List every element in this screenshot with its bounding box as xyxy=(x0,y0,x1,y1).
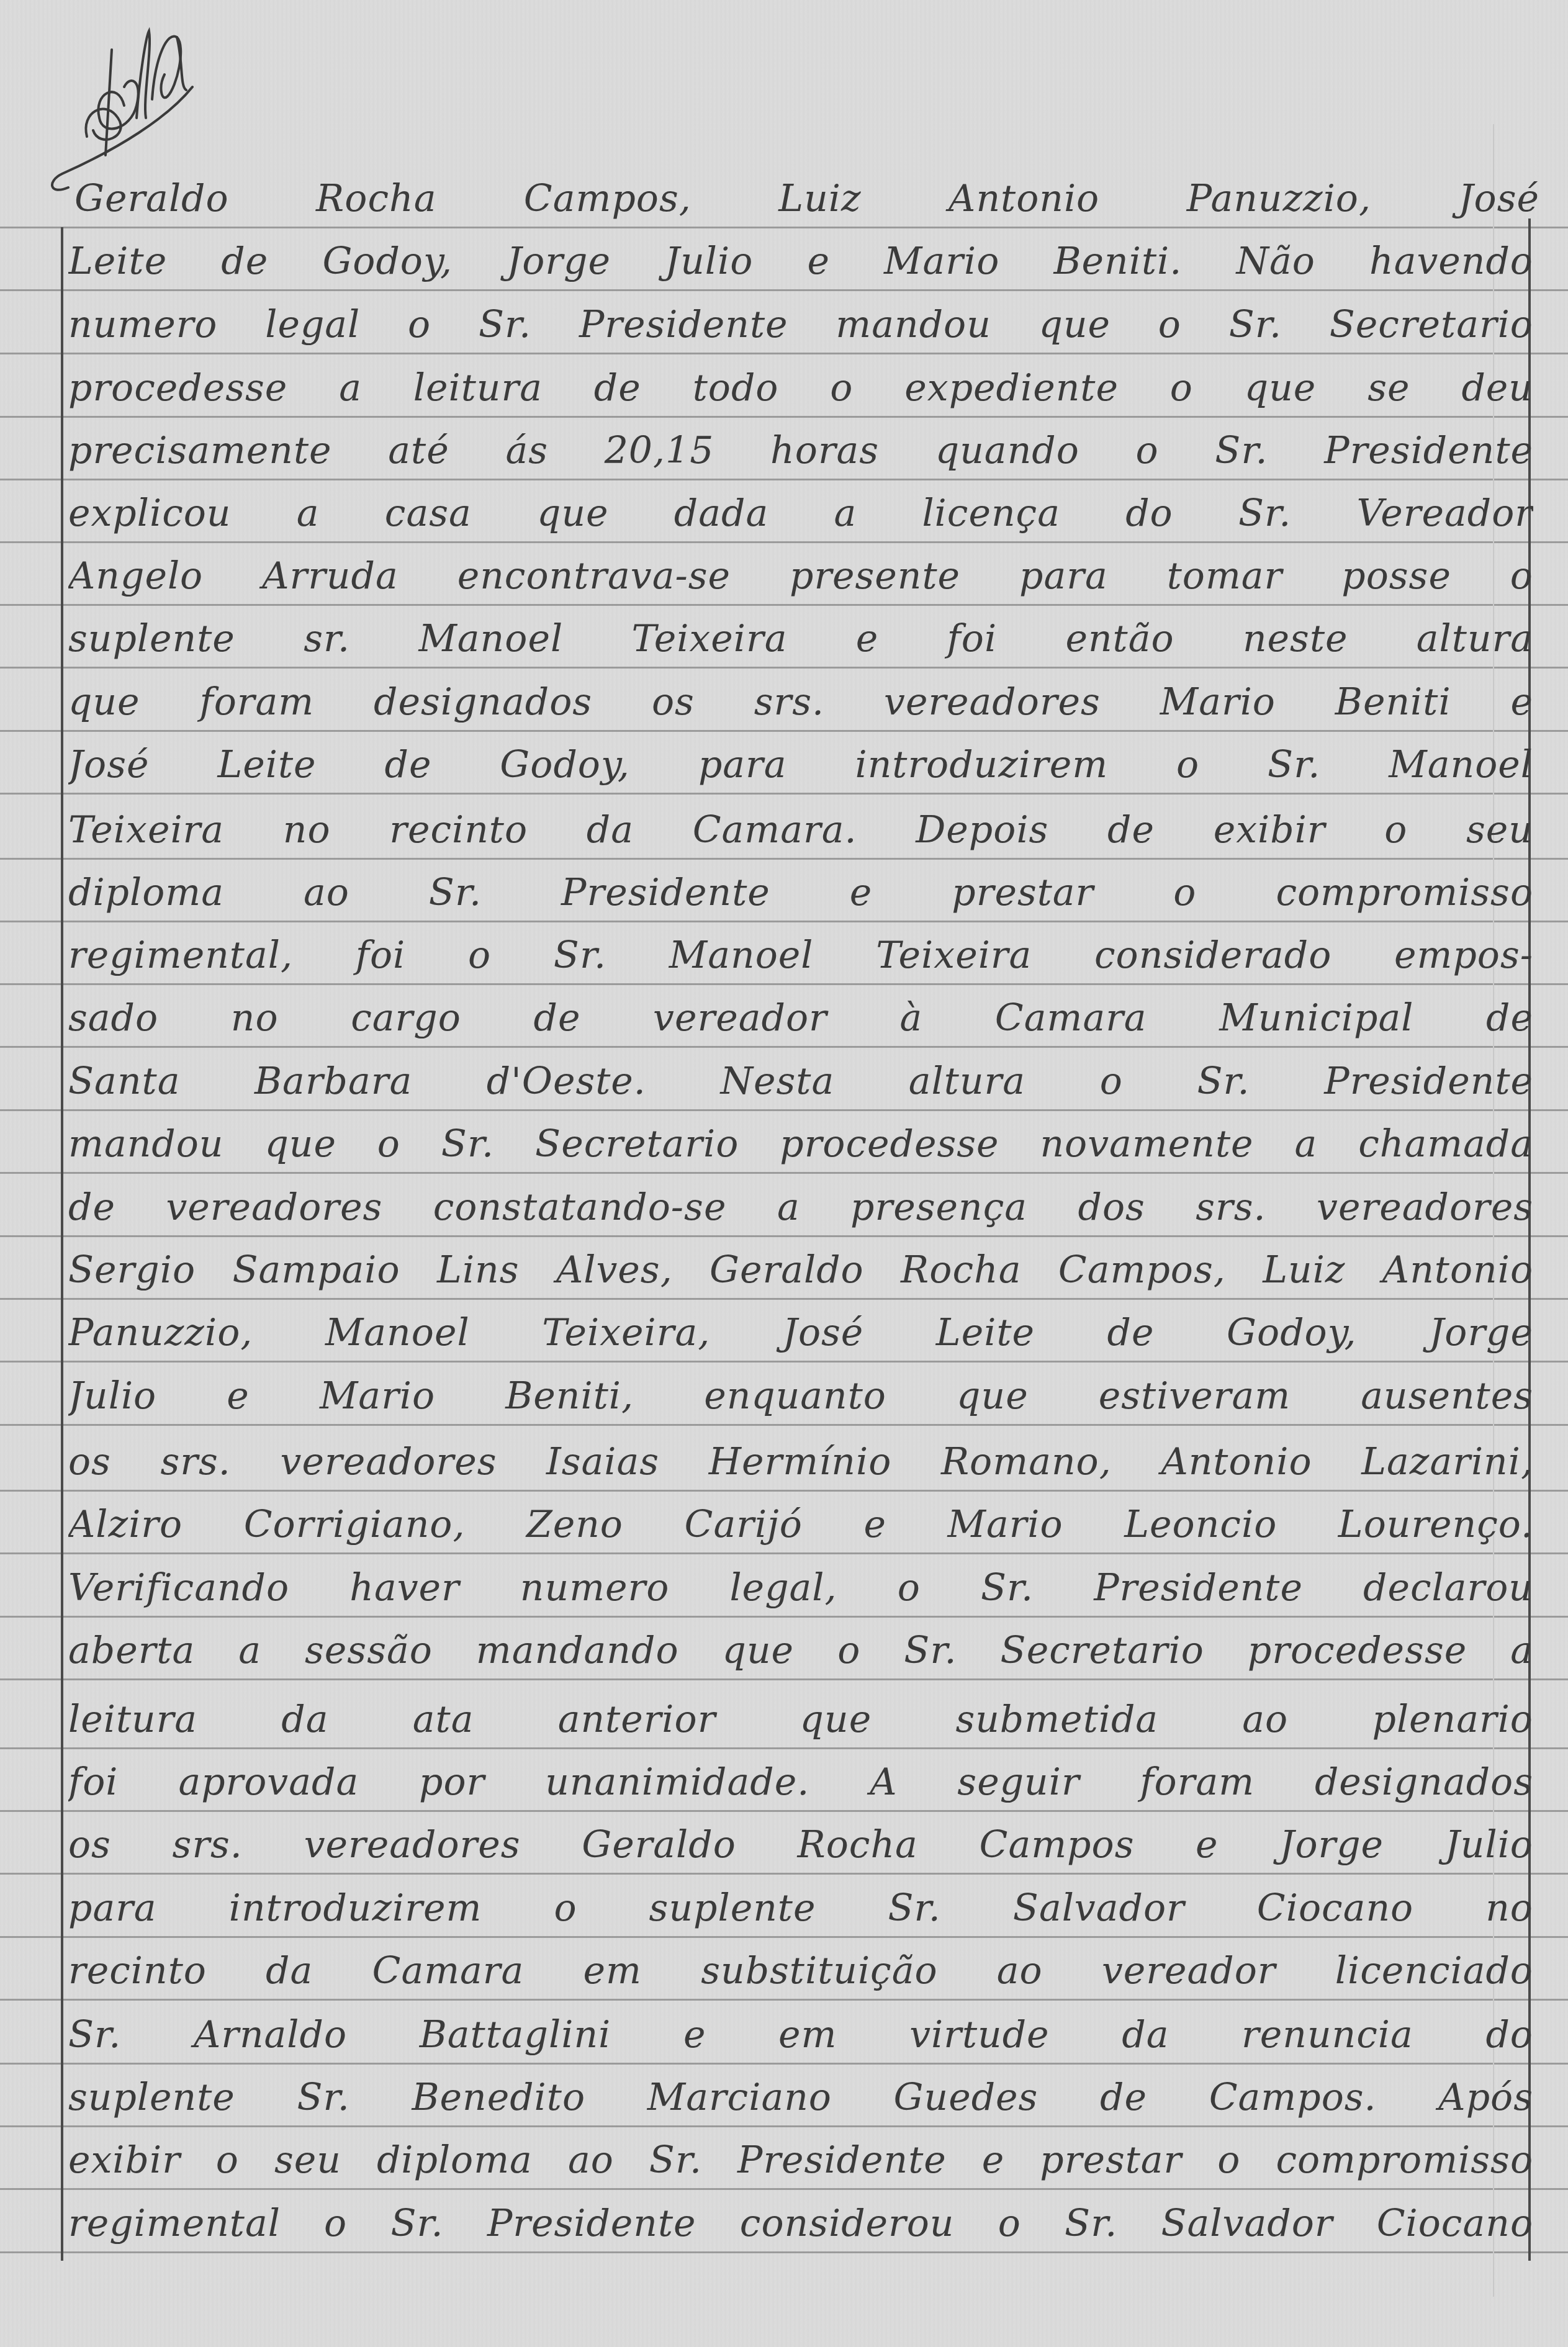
text-line-30: Sr. Arnaldo Battaglini e em virtude da r… xyxy=(68,2004,1533,2066)
text-line-26: foi aprovada por unanimidade. A seguir f… xyxy=(68,1751,1533,1813)
text-line-27: os srs. vereadores Geraldo Rocha Campos … xyxy=(68,1814,1533,1876)
text-line-15: Santa Barbara d'Oeste. Nesta altura o Sr… xyxy=(68,1050,1533,1112)
text-line-18: Sergio Sampaio Lins Alves, Geraldo Rocha… xyxy=(68,1239,1533,1301)
left-margin-line xyxy=(61,227,63,2261)
text-line-1: Geraldo Rocha Campos, Luiz Antonio Panuz… xyxy=(74,168,1539,230)
text-line-6: explicou a casa que dada a licença do Sr… xyxy=(68,482,1533,544)
text-line-11: Teixeira no recinto da Camara. Depois de… xyxy=(68,799,1533,861)
text-line-4: procedesse a leitura de todo o expedient… xyxy=(68,357,1533,419)
text-line-29: recinto da Camara em substituição ao ver… xyxy=(68,1940,1533,2002)
text-line-17: de vereadores constatando-se a presença … xyxy=(68,1176,1533,1238)
text-line-2: Leite de Godoy, Jorge Julio e Mario Beni… xyxy=(68,230,1533,292)
text-line-19: Panuzzio, Manoel Teixeira, José Leite de… xyxy=(68,1302,1533,1364)
text-line-20: Julio e Mario Beniti, enquanto que estiv… xyxy=(68,1365,1533,1427)
text-line-12: diploma ao Sr. Presidente e prestar o co… xyxy=(68,862,1533,924)
text-line-10: José Leite de Godoy, para introduzirem o… xyxy=(68,734,1533,796)
text-line-16: mandou que o Sr. Secretario procedesse n… xyxy=(68,1113,1533,1175)
text-line-22: Alziro Corrigiano, Zeno Carijó e Mario L… xyxy=(68,1493,1533,1556)
text-line-5: precisamente até ás 20,15 horas quando o… xyxy=(68,420,1533,482)
text-line-21: os srs. vereadores Isaias Hermínio Roman… xyxy=(68,1431,1533,1493)
text-line-13: regimental, foi o Sr. Manoel Teixeira co… xyxy=(68,924,1533,986)
text-line-33: regimental o Sr. Presidente considerou o… xyxy=(68,2192,1533,2255)
text-line-25: leitura da ata anterior que submetida ao… xyxy=(68,1688,1533,1750)
text-line-23: Verificando haver numero legal, o Sr. Pr… xyxy=(68,1557,1533,1619)
manuscript-page: Geraldo Rocha Campos, Luiz Antonio Panuz… xyxy=(0,0,1568,2347)
text-line-7: Angelo Arruda encontrava-se presente par… xyxy=(68,545,1533,607)
text-line-8: suplente sr. Manoel Teixeira e foi então… xyxy=(68,608,1533,670)
text-line-28: para introduzirem o suplente Sr. Salvado… xyxy=(68,1877,1533,1939)
text-line-32: exibir o seu diploma ao Sr. Presidente e… xyxy=(68,2129,1533,2191)
text-line-24: aberta a sessão mandando que o Sr. Secre… xyxy=(68,1619,1533,1682)
text-line-14: sado no cargo de vereador à Camara Munic… xyxy=(68,987,1533,1049)
rubric-signature-icon xyxy=(43,12,211,192)
text-line-3: numero legal o Sr. Presidente mandou que… xyxy=(68,294,1533,356)
text-line-31: suplente Sr. Benedito Marciano Guedes de… xyxy=(68,2066,1533,2129)
text-line-9: que foram designados os srs. vereadores … xyxy=(68,671,1533,733)
